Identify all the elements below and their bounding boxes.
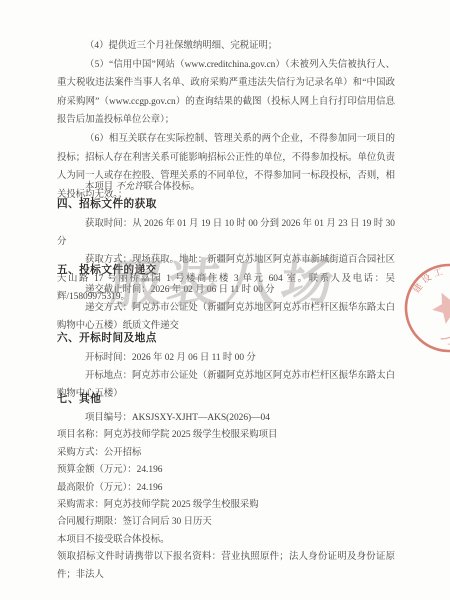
seal-star-icon xyxy=(427,286,450,327)
joint-note-emphasis: 不允许 xyxy=(115,182,143,192)
joint-bid-note: 本项目 不允许联合体投标。 xyxy=(57,178,395,197)
doc-line: 开标时间：2026 年 02 月 06 日 11 时 00 分 xyxy=(57,349,395,367)
intro-item-4: （4）提供近三个月社保缴纳明细、完税证明； xyxy=(57,37,395,56)
seal-script-squiggle xyxy=(441,321,450,343)
seal-ring xyxy=(392,251,450,366)
section-title: 六、开标时间及地点 xyxy=(57,330,395,345)
project-name: 项目名称：阿克苏技师学院 2025 级学生校服采购项目 xyxy=(57,427,395,444)
procurement-demand: 采购需求：阿克苏技师学院 2025 级学生校服采购 xyxy=(57,497,395,514)
registration-materials-note: 领取招标文件时请携带以下报名资料：营业执照原件；法人身份证明及身份证原件；非法人 xyxy=(57,549,395,584)
section-title: 七、其他 xyxy=(57,391,395,406)
section-title: 四、招标文件的获取 xyxy=(57,196,395,211)
joint-note-prefix: 本项目 xyxy=(85,182,115,192)
doc-line: 获取时间：从 2026 年 01 月 19 日 10 时 00 分到 2026 … xyxy=(57,215,395,251)
section-bid-submission: 五、投标文件的递交 递交截止时间：2026 年 02 月 06 日 11 时 0… xyxy=(57,262,395,336)
intro-item-5: （5）“信用中国”网站（www.creditchina.gov.cn）（未被列入… xyxy=(57,56,395,130)
section-title: 五、投标文件的递交 xyxy=(57,262,395,277)
budget-amount: 预算金额（万元）：24.196 xyxy=(57,462,395,479)
contract-period: 合同履行期限：签订合同后 30 日历天 xyxy=(57,514,395,531)
procurement-method: 采购方式：公开招标 xyxy=(57,445,395,462)
no-consortium-note: 本项目不接受联合体投标。 xyxy=(57,532,395,549)
document-page: （4）提供近三个月社保缴纳明细、完税证明； （5）“信用中国”网站（www.cr… xyxy=(0,0,450,600)
section-other: 七、其他 项目编号：AKSJSXY-XJHT—AKS(2026)—04 项目名称… xyxy=(57,391,395,584)
joint-note-suffix: 联合体投标。 xyxy=(144,182,200,192)
max-price: 最高限价（万元）：24.196 xyxy=(57,480,395,497)
seal-ring-text: 建设工 xyxy=(407,264,450,297)
doc-line: 递交截止时间：2026 年 02 月 06 日 11 时 00 分 xyxy=(57,281,395,299)
project-number: 项目编号：AKSJSXY-XJHT—AKS(2026)—04 xyxy=(57,410,395,427)
